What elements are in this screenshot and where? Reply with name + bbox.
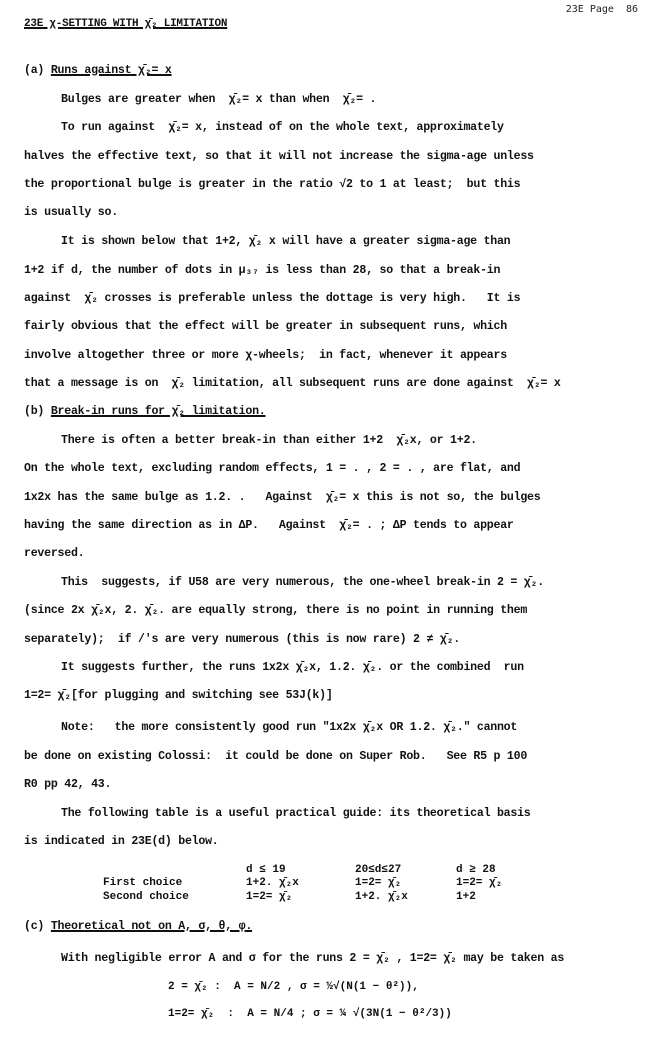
page-title: 23E χ-SETTING WITH χ̄₂ LIMITATION (24, 17, 227, 31)
table-cell: 1+2. χ̄₂x (355, 891, 408, 904)
text-line: It is shown below that 1+2, χ̄₂ x will h… (61, 235, 510, 249)
text-line: fairly obvious that the effect will be g… (24, 320, 507, 334)
column-header: 20≤d≤27 (355, 864, 401, 877)
text-line: reversed. (24, 547, 84, 561)
row-label: First choice (103, 877, 182, 890)
table-cell: 1=2= χ̄₂ (246, 891, 292, 904)
table-cell: 1+2. χ̄₂x (246, 877, 299, 890)
text-line: 1=2= χ̄₂[for plugging and switching see … (24, 689, 333, 703)
text-line: 1x2x has the same bulge as 1.2. . Agains… (24, 491, 540, 505)
text-line: With negligible error A and σ for the ru… (61, 952, 564, 966)
text-line: The following table is a useful practica… (61, 807, 531, 821)
text-line: the proportional bulge is greater in the… (24, 178, 520, 192)
section-c-label: (c) (24, 920, 51, 933)
table-cell: 1+2 (456, 891, 476, 904)
table-cell: 1=2= χ̄₂ (456, 877, 502, 890)
column-header: d ≥ 28 (456, 864, 496, 877)
text-line: separately); if /'s are very numerous (t… (24, 633, 460, 647)
text-line: halves the effective text, so that it wi… (24, 150, 534, 164)
section-a-heading: (a) Runs against χ̄₂= x (24, 64, 172, 78)
text-line: be done on existing Colossi: it could be… (24, 750, 527, 764)
row-label: Second choice (103, 891, 189, 904)
text-line: On the whole text, excluding random effe… (24, 462, 520, 476)
text-line: To run against χ̄₂= x, instead of on the… (61, 121, 504, 135)
text-line: is indicated in 23E(d) below. (24, 835, 219, 849)
text-line: There is often a better break-in than ei… (61, 434, 477, 448)
section-b-label: (b) (24, 405, 51, 418)
formula-line: 1=2= χ̄₂ : A = N/4 ; σ = ¼ √(3N(1 − θ²/3… (168, 1008, 452, 1020)
text-line: This suggests, if U58 are very numerous,… (61, 576, 544, 590)
text-line: is usually so. (24, 206, 118, 220)
text-line: against χ̄₂ crosses is preferable unless… (24, 292, 520, 306)
text-line: (since 2x χ̄₂x, 2. χ̄₂. are equally stro… (24, 604, 527, 618)
section-a-title: Runs against χ̄₂= x (51, 64, 172, 77)
section-b-title: Break-in runs for χ̄₂ limitation. (51, 405, 266, 418)
note-line: Note: the more consistently good run "1x… (61, 721, 517, 735)
section-a-label: (a) (24, 64, 51, 77)
text-line: Bulges are greater when χ̄₂= x than when… (61, 93, 376, 107)
section-c-heading: (c) Theoretical not on A, σ, θ, φ. (24, 920, 252, 934)
text-line: R0 pp 42, 43. (24, 778, 111, 792)
text-line: involve altogether three or more χ-wheel… (24, 349, 507, 363)
page-number: 23E Page 86 (566, 4, 638, 15)
text-line: having the same direction as in ΔP. Agai… (24, 519, 514, 533)
table-cell: 1=2= χ̄₂ (355, 877, 401, 890)
text-line: It suggests further, the runs 1x2x χ̄₂x,… (61, 661, 524, 675)
section-c-title: Theoretical not on A, σ, θ, φ. (51, 920, 252, 933)
formula-line: 2 = χ̄₂ : A = N/2 , σ = ½√(N(1 − θ²)), (168, 981, 419, 993)
text-line: that a message is on χ̄₂ limitation, all… (24, 377, 561, 391)
column-header: d ≤ 19 (246, 864, 286, 877)
text-line: 1+2 if d, the number of dots in μ₃₇ is l… (24, 264, 500, 278)
section-b-heading: (b) Break-in runs for χ̄₂ limitation. (24, 405, 265, 419)
